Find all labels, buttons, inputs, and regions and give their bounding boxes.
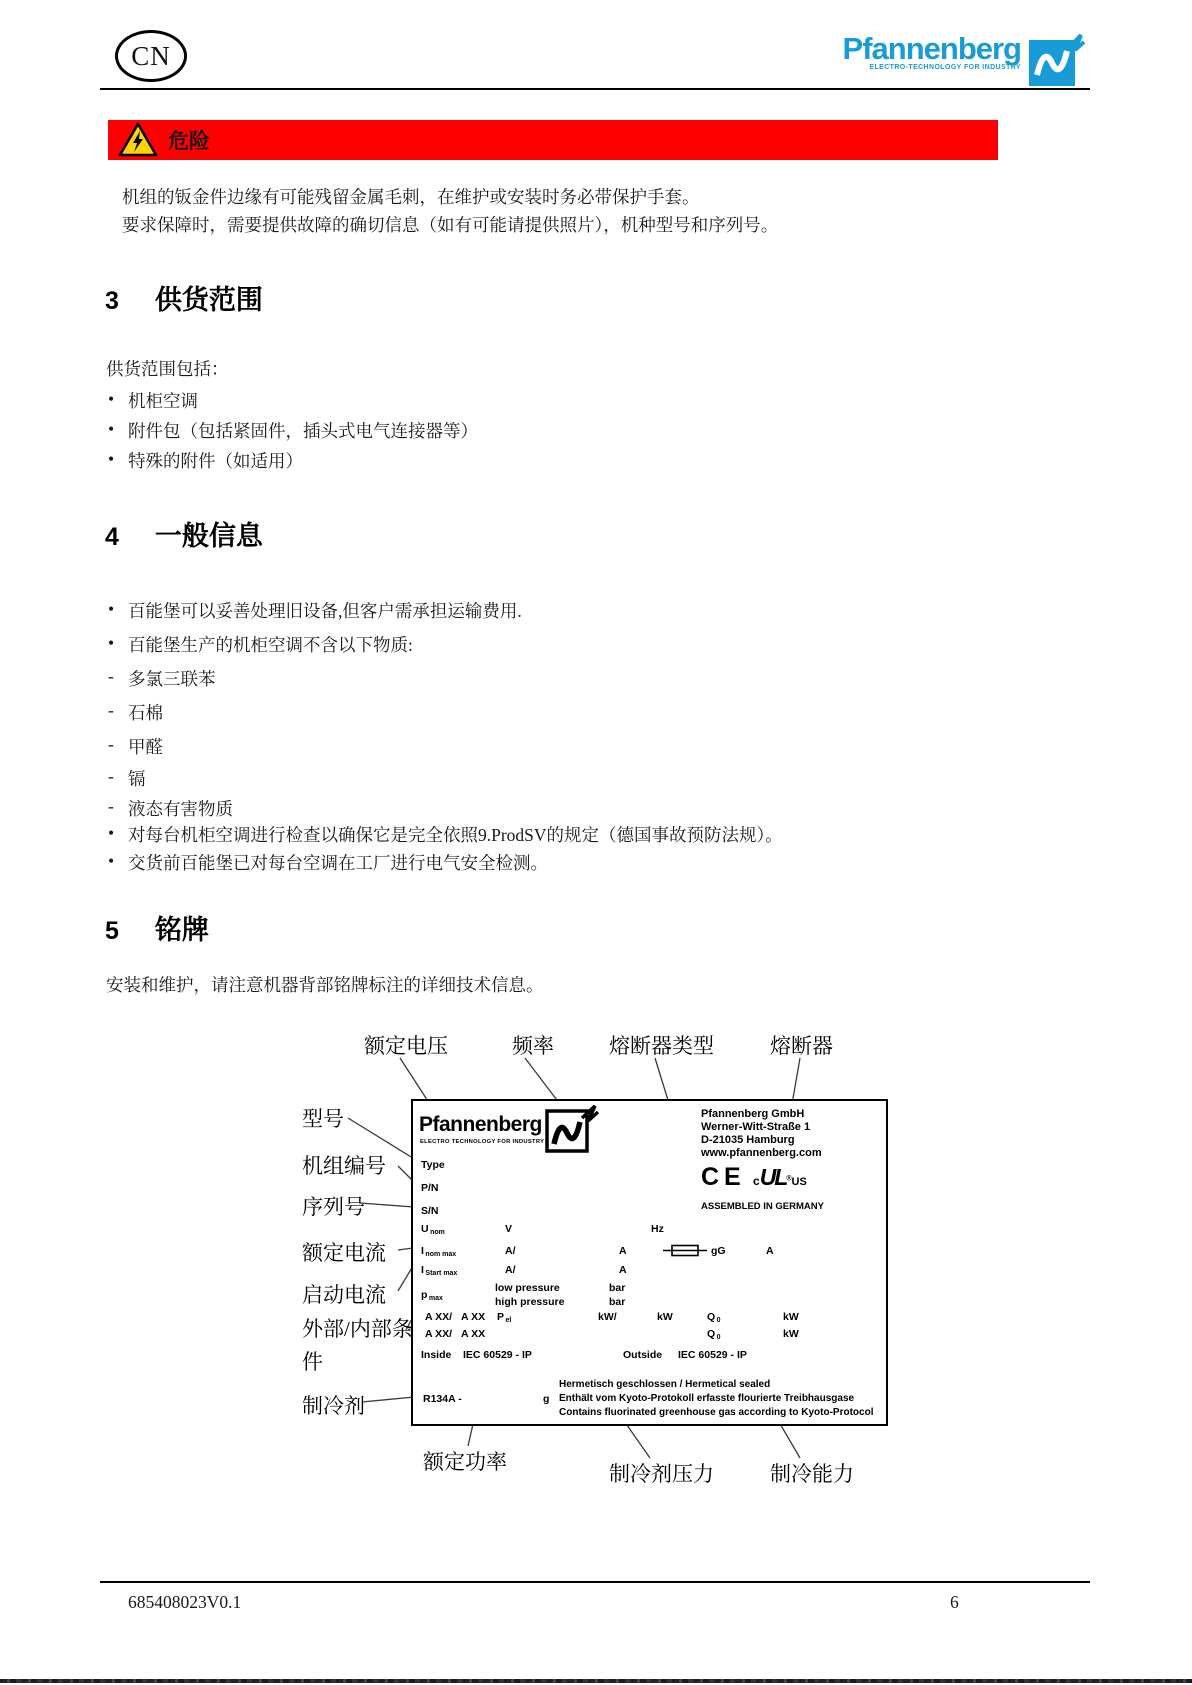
plate-sealed: Hermetisch geschlossen / Hermetical seal… — [559, 1379, 770, 1390]
section-4-heading: 4一般信息 — [105, 514, 263, 553]
warning-triangle-icon — [118, 122, 158, 158]
nameplate-diagram: 额定电压 频率 熔断器类型 熔断器 型号 机组编号 序列号 额定电流 启动电流 … — [0, 1000, 1192, 1500]
plate-cond2-b: A XX — [461, 1328, 485, 1340]
nameplate: Pfannenberg ELECTRO TECHNOLOGY FOR INDUS… — [411, 1099, 888, 1426]
list-item: 机柜空调 — [108, 388, 198, 413]
plate-istart: IStart max — [421, 1264, 457, 1277]
section-5-heading: 5铭牌 — [105, 908, 209, 947]
plate-hz-unit: Hz — [651, 1223, 664, 1235]
section-number: 4 — [105, 523, 119, 551]
plate-high-pressure: high pressure — [495, 1296, 564, 1308]
warning-line: 机组的钣金件边缘有可能残留金属毛刺，在维护或安装时务必带保护手套。 — [122, 184, 700, 209]
footer-rule — [100, 1581, 1090, 1583]
plate-fuse-amp: A — [766, 1245, 774, 1257]
plate-iec-outside: IEC 60529 - IP — [678, 1349, 747, 1361]
brand-logo: Pfannenberg ELECTRO-TECHNOLOGY FOR INDUS… — [843, 34, 1085, 93]
plate-bar1: bar — [609, 1282, 625, 1294]
callout-cooling-capacity: 制冷能力 — [770, 1458, 854, 1488]
plate-refrigerant-g: g — [543, 1393, 549, 1405]
page: CN Pfannenberg ELECTRO-TECHNOLOGY FOR IN… — [0, 0, 1192, 1685]
plate-refrigerant-code: R134A - — [423, 1393, 462, 1405]
fuse-symbol-icon — [663, 1244, 707, 1260]
ul-mark: cUL®US — [753, 1164, 807, 1191]
list-item: 多氯三联苯 — [108, 666, 216, 691]
callout-unit-number: 机组编号 — [302, 1150, 386, 1180]
scan-edge-line — [0, 1679, 1192, 1683]
callout-refrigerant: 制冷剂 — [302, 1390, 365, 1420]
danger-banner: 危险 — [108, 120, 998, 160]
callout-fuse-type: 熔断器类型 — [609, 1030, 714, 1060]
list-item: 百能堡生产的机柜空调不含以下物质: — [108, 632, 413, 657]
plate-sn-label: S/N — [421, 1205, 439, 1217]
plate-inom: Inom max — [421, 1245, 456, 1258]
plate-iec-inside: IEC 60529 - IP — [463, 1349, 532, 1361]
plate-kw1: kW/ — [598, 1311, 617, 1323]
danger-title: 危险 — [168, 125, 210, 155]
plate-cond2-a: A XX/ — [425, 1328, 452, 1340]
list-item: 特殊的附件（如适用） — [108, 448, 303, 473]
plate-cond1-b: A XX — [461, 1311, 485, 1323]
plate-assembled: ASSEMBLED IN GERMANY — [701, 1201, 824, 1212]
plate-unom: Unom — [421, 1223, 445, 1236]
doc-number: 685408023V0.1 — [128, 1592, 241, 1613]
list-item: 石棉 — [108, 700, 163, 725]
plate-kyoto-en: Contains fluorinated greenhouse gas acco… — [559, 1407, 873, 1418]
callout-rated-current: 额定电流 — [302, 1237, 386, 1267]
plate-address: Pfannenberg GmbH Werner-Witt-Straße 1 D-… — [701, 1108, 822, 1160]
callout-frequency: 频率 — [512, 1030, 554, 1060]
brand-tagline: ELECTRO-TECHNOLOGY FOR INDUSTRY — [843, 64, 1021, 71]
plate-outside: Outside — [623, 1349, 662, 1361]
plate-wave-icon — [545, 1105, 601, 1156]
plate-kyoto-de: Enthält vom Kyoto-Protokoll erfasste flo… — [559, 1393, 854, 1404]
plate-bar2: bar — [609, 1296, 625, 1308]
plate-volt-unit: V — [505, 1223, 512, 1235]
callout-rated-voltage: 额定电压 — [364, 1030, 448, 1060]
section-number: 3 — [105, 287, 119, 315]
warning-line: 要求保障时，需要提供故障的确切信息（如有可能请提供照片），机种型号和序列号。 — [122, 212, 778, 237]
plate-inom-a2: A — [619, 1245, 627, 1257]
brand-name: Pfannenberg — [843, 34, 1021, 64]
callout-fuse: 熔断器 — [770, 1030, 833, 1060]
section-3-heading: 3供货范围 — [105, 278, 263, 317]
plate-inom-a1: A/ — [505, 1245, 516, 1257]
plate-fuse-type: gG — [711, 1245, 726, 1257]
plate-q1: Q0 — [707, 1311, 721, 1324]
plate-istart-a2: A — [619, 1264, 627, 1276]
section-title: 供货范围 — [155, 285, 263, 315]
list-item: 对每台机柜空调进行检查以确保它是完全依照9.ProdSV的规定（德国事故预防法规… — [108, 822, 783, 847]
callout-rated-power: 额定功率 — [423, 1446, 507, 1476]
list-item: 附件包（包括紧固件，插头式电气连接器等） — [108, 418, 478, 443]
plate-pmax: pmax — [421, 1289, 443, 1302]
list-item: 交货前百能堡已对每台空调在工厂进行电气安全检测。 — [108, 850, 548, 875]
list-item: 百能堡可以妥善处理旧设备,但客户需承担运输费用. — [108, 598, 522, 623]
section-title: 一般信息 — [155, 521, 263, 551]
plate-istart-a1: A/ — [505, 1264, 516, 1276]
plate-type-label: Type — [421, 1159, 445, 1171]
callout-start-current: 启动电流 — [302, 1279, 386, 1309]
section-title: 铭牌 — [155, 915, 209, 945]
s3-intro: 供货范围包括： — [106, 356, 229, 381]
plate-kw2: kW — [657, 1311, 673, 1323]
plate-pn-label: P/N — [421, 1182, 439, 1194]
list-item: 甲醛 — [108, 734, 163, 759]
cn-label: CN — [131, 41, 171, 72]
plate-inside: Inside — [421, 1349, 451, 1361]
brand-wave-icon — [1029, 34, 1085, 93]
section-number: 5 — [105, 917, 119, 945]
page-number: 6 — [950, 1592, 959, 1613]
plate-pel: Pel — [497, 1311, 511, 1324]
list-item: 镉 — [108, 766, 146, 791]
ce-mark: CE — [701, 1163, 746, 1192]
plate-low-pressure: low pressure — [495, 1282, 560, 1294]
plate-q2: Q0 — [707, 1328, 721, 1341]
callout-model: 型号 — [302, 1103, 344, 1133]
plate-cond1-a: A XX/ — [425, 1311, 452, 1323]
callout-serial-number: 序列号 — [302, 1191, 365, 1221]
plate-kw4: kW — [783, 1328, 799, 1340]
s5-intro: 安装和维护，请注意机器背部铭牌标注的详细技术信息。 — [106, 972, 544, 997]
list-item: 液态有害物质 — [108, 796, 233, 821]
plate-tagline: ELECTRO TECHNOLOGY FOR INDUSTRY — [420, 1139, 544, 1145]
plate-brand: Pfannenberg — [419, 1113, 542, 1137]
cn-badge: CN — [115, 30, 187, 82]
header-rule — [100, 88, 1090, 90]
callout-refrigerant-pressure: 制冷剂压力 — [609, 1458, 714, 1488]
plate-kw3: kW — [783, 1311, 799, 1323]
